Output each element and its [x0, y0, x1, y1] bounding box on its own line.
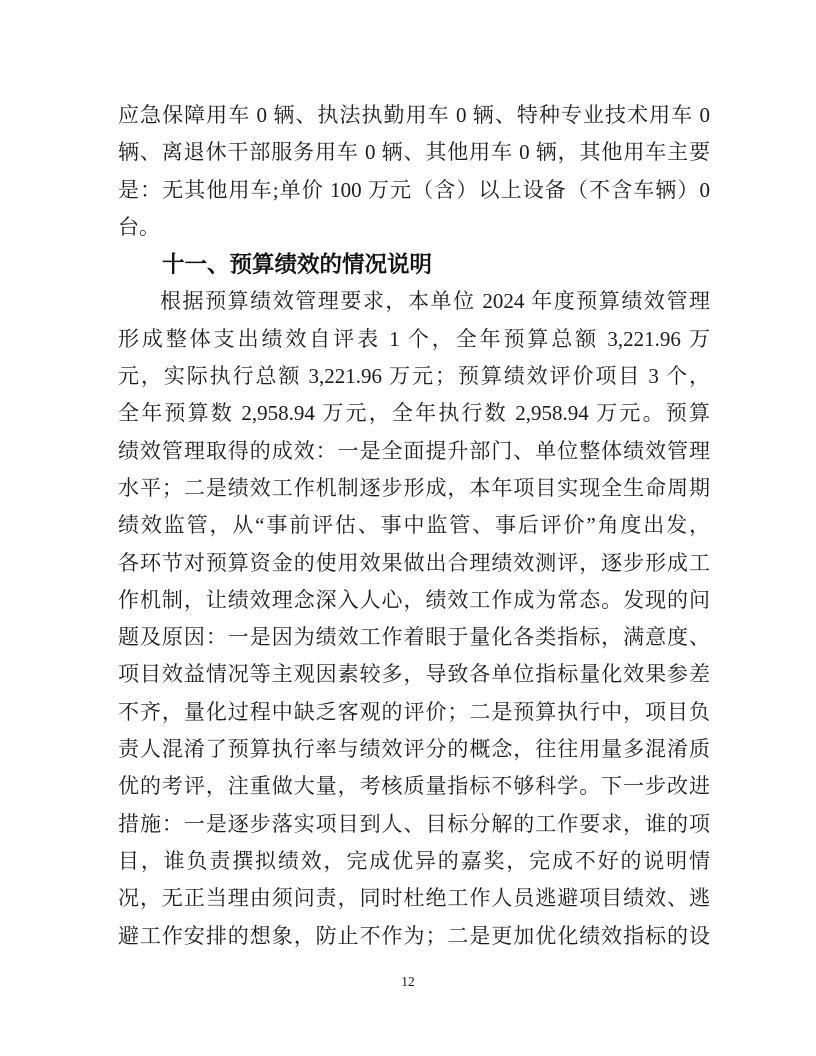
paragraph-line: 水平；二是绩效工作机制逐步形成，本年项目实现全生命周期	[118, 470, 710, 507]
paragraph-line: 元，实际执行总额 3,221.96 万元；预算绩效评价项目 3 个，	[118, 358, 710, 395]
paragraph-line: 应急保障用车 0 辆、执法执勤用车 0 辆、特种专业技术用车 0	[118, 97, 710, 134]
paragraph-line: 绩效监管，从“事前评估、事中监管、事后评价”角度出发，	[118, 507, 710, 544]
paragraph-line: 项目效益情况等主观因素较多，导致各单位指标量化效果参差	[118, 656, 710, 693]
paragraph-line: 优的考评，注重做大量，考核质量指标不够科学。下一步改进	[118, 768, 710, 805]
page-number: 12	[0, 974, 816, 990]
paragraph-line: 不齐，量化过程中缺乏客观的评价；二是预算执行中，项目负	[118, 694, 710, 731]
paragraph-line: 绩效管理取得的成效：一是全面提升部门、单位整体绩效管理	[118, 433, 710, 470]
paragraph-line: 况，无正当理由须问责，同时杜绝工作人员逃避项目绩效、逃	[118, 880, 710, 917]
document-page: 应急保障用车 0 辆、执法执勤用车 0 辆、特种专业技术用车 0 辆、离退休干部…	[0, 0, 816, 1056]
paragraph-line: 目，谁负责撰拟绩效，完成优异的嘉奖，完成不好的说明情	[118, 843, 710, 880]
paragraph-line: 责人混淆了预算执行率与绩效评分的概念，往往用量多混淆质	[118, 731, 710, 768]
paragraph-line: 是：无其他用车;单价 100 万元（含）以上设备（不含车辆）0	[118, 172, 710, 209]
paragraph-line: 各环节对预算资金的使用效果做出合理绩效测评，逐步形成工	[118, 545, 710, 582]
paragraph-line: 辆、离退休干部服务用车 0 辆、其他用车 0 辆，其他用车主要	[118, 134, 710, 171]
paragraph-line: 作机制，让绩效理念深入人心，绩效工作成为常态。发现的问	[118, 582, 710, 619]
paragraph-line: 根据预算绩效管理要求，本单位 2024 年度预算绩效管理	[118, 283, 710, 320]
section-heading: 十一、预算绩效的情况说明	[118, 246, 710, 283]
paragraph-line: 措施：一是逐步落实项目到人、目标分解的工作要求，谁的项	[118, 806, 710, 843]
text-block: 应急保障用车 0 辆、执法执勤用车 0 辆、特种专业技术用车 0 辆、离退休干部…	[118, 97, 710, 955]
paragraph-line: 题及原因：一是因为绩效工作着眼于量化各类指标，满意度、	[118, 619, 710, 656]
paragraph-line: 台。	[118, 209, 710, 246]
paragraph-line: 形成整体支出绩效自评表 1 个，全年预算总额 3,221.96 万	[118, 321, 710, 358]
paragraph-line: 避工作安排的想象，防止不作为；二是更加优化绩效指标的设	[118, 918, 710, 955]
paragraph-line: 全年预算数 2,958.94 万元，全年执行数 2,958.94 万元。预算	[118, 395, 710, 432]
